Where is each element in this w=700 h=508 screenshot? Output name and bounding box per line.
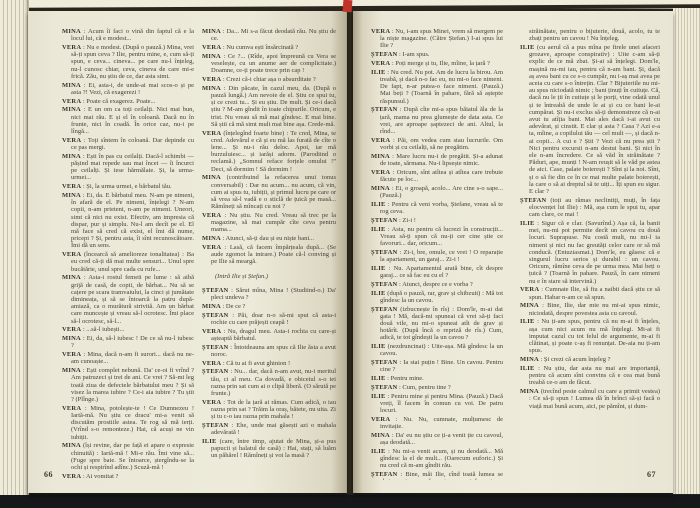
dialogue-line: ILIE : Asta, nu pentru că lucrezi în con… bbox=[371, 226, 503, 248]
dialogue-line: MINA : Atunci, să-ți dau și eu niște ban… bbox=[202, 235, 336, 242]
dialogue-line: VERA : Cumnate Ilie, să fiu a naibii dac… bbox=[520, 286, 660, 300]
speaker-name: MINA bbox=[202, 235, 221, 242]
speaker-name: ȘTEFAN bbox=[371, 281, 397, 288]
dialogue-line: MINA : Ești în pas cu ceilalți. Dacă-l s… bbox=[62, 153, 194, 182]
speaker-name: ILIE bbox=[371, 393, 386, 400]
dialogue-line: ILIE : Pentru că veni vorba, Ștefane, vr… bbox=[371, 201, 503, 215]
dialogue-line: ȘTEFAN : Întotdeauna am spus că Ilie ăst… bbox=[202, 344, 336, 358]
speaker-name: ȘTEFAN bbox=[371, 306, 397, 313]
speaker-name: MINA bbox=[520, 388, 539, 395]
right-page-column-2: străinătate, pentru o bijuterie, două, a… bbox=[520, 28, 660, 480]
dialogue-line: MINA : Acum îi faci o vină din faptul că… bbox=[62, 28, 194, 42]
dialogue-line: ILIE : Nu știu, dar asta nu mai are impo… bbox=[520, 365, 660, 387]
speaker-name: VERA bbox=[62, 44, 81, 51]
dialogue-line: ȘTEFAN : Zi-i, bre, omule, ce vrei ! O r… bbox=[371, 249, 503, 263]
speaker-name: MINA bbox=[371, 185, 390, 192]
speaker-name: VERA bbox=[62, 183, 81, 190]
dialogue-line: ȘTEFAN : Păi, doar n-o să-mi spui că ast… bbox=[202, 312, 336, 326]
dialogue-line: ILIE (care, între timp, ajutat de Mina, … bbox=[202, 438, 336, 460]
speaker-name: MINA bbox=[62, 106, 81, 113]
speaker-name: ȘTEFAN bbox=[371, 384, 397, 391]
dialogue-line: ȘTEFAN : Zi-i ! bbox=[371, 217, 503, 224]
speaker-name: MINA bbox=[62, 153, 81, 160]
speaker-name: ILIE bbox=[371, 226, 386, 233]
speaker-name: ILIE bbox=[520, 220, 535, 227]
speaker-name: VERA bbox=[62, 405, 81, 412]
speaker-name: ȘTEFAN bbox=[371, 51, 397, 58]
dialogue-line: ȘTEFAN : Ia stai puțin ! Bine. Un cavou.… bbox=[371, 359, 503, 373]
speaker-name: MINA bbox=[202, 85, 221, 92]
dialogue-line: MINA : Ce ?... (Rîde, apoi împreună cu V… bbox=[202, 53, 336, 75]
page-number-right: 67 bbox=[647, 470, 656, 479]
dialogue-line: ILIE : Pentru mine și pentru Mina. (Pauz… bbox=[371, 393, 503, 415]
dialogue-line: ILIE : Nu cred. Nu pot. Am de lucru la b… bbox=[371, 69, 503, 105]
dialogue-line: ILIE : Nu ți-am spus, pentru că nu m-ai … bbox=[520, 318, 660, 354]
dialogue-line: ȘTEFAN : Nu... dar, dacă n-am avut, nu-i… bbox=[202, 368, 336, 397]
speaker-name: MINA bbox=[62, 82, 81, 89]
speaker-name: MINA bbox=[520, 302, 539, 309]
table-background bbox=[0, 495, 700, 508]
dialogue-line: VERA : Că tu ai fi avut ghinion ! bbox=[202, 360, 336, 367]
dialogue-line: ILIE (nezdruncinat) : Uite-așa. Mă gînde… bbox=[371, 343, 503, 357]
dialogue-line: VERA (încearcă să amelioreze tonalitatea… bbox=[62, 251, 194, 273]
dialogue-line: MINA : Da... Mi s-a făcut deodată rău. N… bbox=[202, 28, 336, 42]
right-page: VERA : Nu, i-am spus Minei, vrem să merg… bbox=[353, 11, 673, 493]
dialogue-line: MINA : Asta-i rostul femeii pe lume : să… bbox=[62, 274, 194, 324]
dialogue-line: MINA (contribuind la refacerea unui tonu… bbox=[202, 174, 336, 210]
dialogue-line: MINA : Ei, asta-i, de unde-ai mai scos-o… bbox=[62, 82, 194, 96]
speaker-name: VERA bbox=[62, 351, 81, 358]
dialogue-line: MINA : Din păcate, în cazul meu, da. (Du… bbox=[202, 85, 336, 128]
dialogue-line: MINA : Ei, da. E bărbatul meu. N-am pe n… bbox=[62, 192, 194, 250]
speaker-name: ȘTEFAN bbox=[202, 287, 228, 294]
speaker-name: VERA bbox=[202, 360, 221, 367]
dialogue-line: ȘTEFAN : Ehe, unde mai găsești azi o mah… bbox=[202, 422, 336, 436]
speaker-name: MINA bbox=[62, 367, 81, 374]
dialogue-line: VERA : Păi, om vedea cum stau lucrurile.… bbox=[371, 137, 503, 151]
speaker-name: MINA bbox=[62, 192, 81, 199]
speaker-name: VERA bbox=[62, 137, 81, 144]
dialogue-line: VERA : Nu e modest. (După o pauză.) Mina… bbox=[62, 44, 194, 80]
dialogue-line: VERA : Ai vomitat ? bbox=[62, 473, 194, 480]
speaker-name: ILIE bbox=[520, 318, 535, 325]
dialogue-line: VERA : Nu. Nu, cumnate, mulțumesc de inv… bbox=[371, 416, 503, 430]
book-photo: MINA : Acum îi faci o vină din faptul că… bbox=[0, 0, 700, 508]
speaker-name: ȘTEFAN bbox=[371, 471, 397, 478]
dialogue-line: ȘTEFAN : Atunci, despre ce e vorba ? bbox=[371, 281, 503, 288]
dialogue-line: MINA : Ei, o groapă, acolo... Are cine s… bbox=[371, 185, 503, 199]
speaker-name: ȘTEFAN bbox=[371, 249, 397, 256]
dialogue-line: MINA (își revine, dar pe față ei apare o… bbox=[62, 442, 194, 471]
speaker-name: ILIE bbox=[371, 69, 386, 76]
speaker-name: ILIE bbox=[371, 201, 386, 208]
speaker-name: VERA bbox=[371, 169, 390, 176]
speaker-name: ȘTEFAN bbox=[202, 344, 228, 351]
dialogue-line: ȘTEFAN : Sărut mîna, Mina ! (Studiind-o.… bbox=[202, 287, 336, 301]
speaker-name: VERA bbox=[62, 98, 81, 105]
gutter-shadow bbox=[346, 6, 353, 494]
dialogue-line: VERA : Poate că exagerez. Poate... bbox=[62, 98, 194, 105]
page-number-left: 66 bbox=[44, 470, 53, 479]
speaker-name: VERA bbox=[520, 286, 539, 293]
speaker-name: MINA bbox=[202, 303, 221, 310]
dialogue-line: MINA : Bine, Ilie, dar mie nu mi-ai spus… bbox=[520, 302, 660, 316]
dialogue-line: MINA : De ce ? bbox=[202, 303, 336, 310]
speaker-name: ȘTEFAN bbox=[371, 217, 397, 224]
dialogue-line: VERA : Mina, dacă n-am fi surori... dacă… bbox=[62, 351, 194, 365]
dialogue-line: VERA : Toți sîntem în coloană. Dar depin… bbox=[62, 137, 194, 151]
dialogue-line: ȘTEFAN (toți au rămas neclintiți, muți, … bbox=[520, 197, 660, 219]
dialogue-line: ILIE (cu aerul că a pus mîna pe firele u… bbox=[520, 44, 660, 195]
dialogue-line: ȘTEFAN : După cîte mi-a spus băiatul ăla… bbox=[371, 106, 503, 135]
left-page-column-1: MINA : Acum îi faci o vină din faptul că… bbox=[62, 28, 194, 480]
dialogue-line: ILIE : Sigur că e clar. (Savurînd.) Așa … bbox=[520, 220, 660, 285]
dialogue-line: MINA : Da' eu nu știu ce ți-a venit ție … bbox=[371, 432, 503, 446]
speaker-name: MINA bbox=[371, 432, 390, 439]
dialogue-line: ȘTEFAN : Bine, măi Ilie, cînd toată lume… bbox=[371, 471, 503, 480]
speaker-name: VERA bbox=[202, 244, 221, 251]
dialogue-line: MINA : Ei, da, să-l iubesc ! De ce să nu… bbox=[62, 335, 194, 349]
dialogue-line: VERA : ...să-l iubești... bbox=[62, 326, 194, 333]
dialogue-line: MINA : Și crezi că acum înțeleg ? bbox=[520, 356, 660, 363]
dialogue-line: MINA : Mare lucru nu-i de pregătit. Și-a… bbox=[371, 153, 503, 167]
speaker-name: ILIE bbox=[371, 343, 386, 350]
speaker-name: VERA bbox=[202, 212, 221, 219]
speaker-name: VERA bbox=[62, 251, 81, 258]
speaker-name: ILIE bbox=[520, 44, 535, 51]
dialogue-line: VERA : Crezi că-i chiar așa o absurditat… bbox=[202, 76, 336, 83]
dialogue-line: VERA : Lasă, că facem împărțeala după...… bbox=[202, 244, 336, 266]
dialogue-line: ILIE : Nu. Apartamentul arată bine, cît … bbox=[371, 265, 503, 279]
speaker-name: VERA bbox=[371, 28, 390, 35]
speaker-name: VERA bbox=[62, 326, 81, 333]
speaker-name: VERA bbox=[371, 60, 390, 67]
dialogue-line: VERA : Nu știu. Nu cred. Vreau să trec p… bbox=[202, 212, 336, 234]
speaker-name: VERA bbox=[202, 76, 221, 83]
speaker-name: MINA bbox=[371, 153, 390, 160]
dialogue-line: VERA (înțelegînd foarte bine) : Te cred,… bbox=[202, 130, 336, 173]
speaker-name: MINA bbox=[62, 274, 81, 281]
left-page-column-2: MINA : Da... Mi s-a făcut deodată rău. N… bbox=[202, 28, 336, 480]
dialogue-line: străinătate, pentru o bijuterie, două, a… bbox=[520, 28, 660, 42]
speaker-name: VERA bbox=[202, 328, 221, 335]
speaker-name: ȘTEFAN bbox=[371, 359, 397, 366]
speaker-name: ȘTEFAN bbox=[371, 106, 397, 113]
dialogue-line: MINA : E un om ca toți ceilalți. Nici ma… bbox=[62, 106, 194, 135]
speaker-name: ILIE bbox=[202, 438, 217, 445]
speaker-name: VERA bbox=[371, 416, 390, 423]
speaker-name: MINA bbox=[202, 53, 221, 60]
dialogue-line: ILIE : Pentru mine. bbox=[371, 375, 503, 382]
speaker-name: ILIE bbox=[520, 365, 535, 372]
right-page-column-1: VERA : Nu, i-am spus Minei, vrem să merg… bbox=[371, 28, 503, 480]
speaker-name: MINA bbox=[520, 356, 539, 363]
dialogue-line: VERA : Oricum, sînt atîtea și atîtea car… bbox=[371, 169, 503, 183]
dialogue-line: VERA : Poți merge și tu, Ilie, mîine, la… bbox=[371, 60, 503, 67]
speaker-name: ȘTEFAN bbox=[202, 422, 228, 429]
speaker-name: ILIE bbox=[371, 375, 386, 382]
dialogue-line: VERA : Nu, i-am spus Minei, vrem să merg… bbox=[371, 28, 503, 50]
dialogue-line: VERA : Nu cumva ești însărcinată ? bbox=[202, 44, 336, 51]
dialogue-line: MINA : Ești complet nebună. Da' ce-oi fi… bbox=[62, 367, 194, 403]
dialogue-line: ILIE (după o pauză, rar, grav și chibzui… bbox=[371, 290, 503, 304]
dialogue-line: VERA : Mina, potolește-te ! Ce Dumnezeu … bbox=[62, 405, 194, 441]
speaker-name: VERA bbox=[62, 473, 81, 480]
dialogue-line: VERA : Nu, dragul meu. Asta-i rochia cu … bbox=[202, 328, 336, 342]
speaker-name: MINA bbox=[202, 28, 221, 35]
left-fore-edge bbox=[0, 0, 29, 495]
dialogue-line: MINA (trecînd peste calmul cu care a pri… bbox=[520, 388, 660, 410]
speaker-name: ȘTEFAN bbox=[202, 312, 228, 319]
speaker-name: VERA bbox=[202, 44, 221, 51]
speaker-name: VERA bbox=[202, 130, 221, 137]
speaker-name: VERA bbox=[202, 399, 221, 406]
red-ribbon-marker bbox=[343, 0, 353, 12]
dialogue-line: ȘTEFAN : I-am spus. bbox=[371, 51, 503, 58]
speaker-name: ȘTEFAN bbox=[202, 368, 228, 375]
speaker-name: MINA bbox=[62, 442, 81, 449]
left-page: MINA : Acum îi faci o vină din faptul că… bbox=[28, 11, 347, 493]
speaker-name: MINA bbox=[202, 174, 221, 181]
dialogue-line: ȘTEFAN (izbucnește în rîs) : Dom'le, m-a… bbox=[371, 306, 503, 342]
speaker-name: ȘTEFAN bbox=[520, 197, 546, 204]
dialogue-line: ILIE : Nu mi-a venit acum, și nu deodată… bbox=[371, 448, 503, 470]
dialogue-line: (Intră Ilie și Ștefan.) bbox=[202, 273, 336, 280]
right-fore-edge bbox=[673, 8, 700, 494]
speaker-name: ILIE bbox=[371, 265, 386, 272]
dialogue-line: VERA : Și, la urma urmei, e bărbatul tău… bbox=[62, 183, 194, 190]
speaker-name: VERA bbox=[371, 137, 390, 144]
speaker-name: MINA bbox=[62, 335, 81, 342]
dialogue-line: VERA : Tot de la țară ai rămas. Cum adic… bbox=[202, 399, 336, 421]
speaker-name: ILIE bbox=[371, 448, 386, 455]
speaker-name: MINA bbox=[62, 28, 81, 35]
speaker-name: ILIE bbox=[371, 290, 386, 297]
dialogue-line: ȘTEFAN : Cum, pentru tine ? bbox=[371, 384, 503, 391]
